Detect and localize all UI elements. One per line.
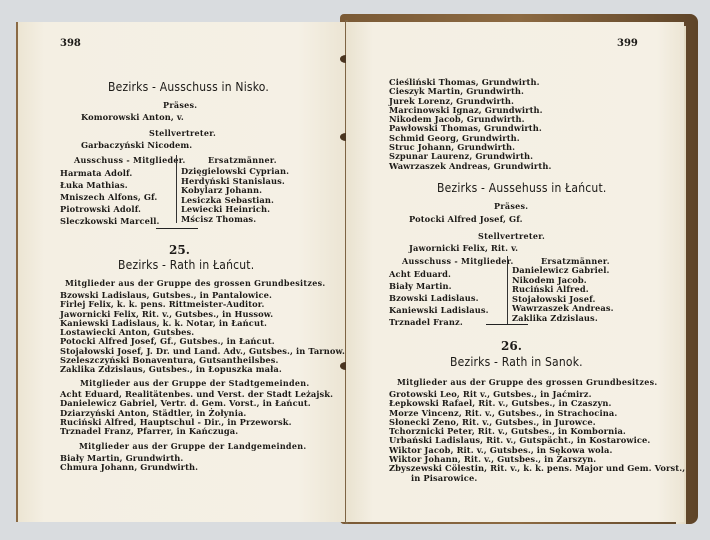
group-label: Mitglieder aus der Gruppe der Stadtgemei… xyxy=(80,378,309,388)
list-item: Wawrzaszek Andreas, Grundwirth. xyxy=(389,162,551,171)
deputy-label: Stellvertreter. xyxy=(478,231,545,241)
list-item: Mniszech Alfons, Gf. xyxy=(60,191,160,203)
towns-list: Acht Eduard, Realitätenbes. und Verst. d… xyxy=(60,390,333,436)
column-divider xyxy=(176,155,177,223)
list-item: Chmura Johann, Grundwirth. xyxy=(60,463,198,472)
sanok-landowners-list: Grotowski Leo, Rit v., Gutsbes., in Jaćm… xyxy=(389,390,685,483)
members-label: Ausschuss - Mitglieder. xyxy=(74,155,186,165)
lancut-council-title: Bezirks - Rath in Łańcut. xyxy=(118,258,254,272)
group-label: Mitglieder aus der Gruppe des grossen Gr… xyxy=(397,377,657,387)
deputy-name: Jawornicki Felix, Rit. v. xyxy=(409,242,518,254)
members-list: Harmata Adolf. Łuka Mathias. Mniszech Al… xyxy=(60,167,160,227)
list-item: Bzowski Ladislaus. xyxy=(389,292,489,304)
list-item: Mścisz Thomas. xyxy=(181,215,289,225)
nisko-committee-title: Bezirks - Ausschuss in Nisko. xyxy=(108,80,269,94)
list-item: Trznadel Franz. xyxy=(389,316,489,328)
deputy-name: Garbaczyński Nicodem. xyxy=(81,139,192,151)
president-name: Potocki Alfred Josef, Gf. xyxy=(409,213,523,225)
section-number: 26. xyxy=(501,339,522,353)
list-item: Biały Martin. xyxy=(389,280,489,292)
substitutes-list: Danielewicz Gabriel. Nikodem Jacob. Ruci… xyxy=(512,266,614,323)
section-divider xyxy=(486,324,528,325)
president-label: Präses. xyxy=(163,100,197,110)
column-divider xyxy=(507,256,508,324)
group-label: Mitglieder aus der Gruppe der Landgemein… xyxy=(79,441,306,451)
sanok-council-title: Bezirks - Rath in Sanok. xyxy=(450,355,583,369)
substitutes-list: Dzięgielowski Cyprian. Herdyński Stanisl… xyxy=(181,167,289,224)
president-name: Komorowski Anton, v. xyxy=(81,111,184,123)
list-item: Harmata Adolf. xyxy=(60,167,160,179)
list-item: Acht Eduard. xyxy=(389,268,489,280)
page-number-right: 399 xyxy=(617,38,638,49)
group-label: Mitglieder aus der Gruppe des grossen Gr… xyxy=(65,278,325,288)
members-label: Ausschuss - Mitglieder. xyxy=(402,256,514,266)
members-list: Acht Eduard. Biały Martin. Bzowski Ladis… xyxy=(389,268,489,328)
landowners-list: Bzowski Ladislaus, Gutsbes., in Pantalow… xyxy=(60,291,345,375)
president-label: Präses. xyxy=(494,201,528,211)
list-item: Zaklika Zdzislaus. xyxy=(512,314,614,324)
list-item: Łuka Mathias. xyxy=(60,179,160,191)
substitutes-label: Ersatzmänner. xyxy=(208,155,277,165)
list-item: Sleczkowski Marcell. xyxy=(60,215,160,227)
lancut-committee-title: Bezirks - Aussehuss in Łańcut. xyxy=(437,181,607,195)
list-item: Trznadel Franz, Pfarrer, in Kańczuga. xyxy=(60,427,333,436)
deputy-label: Stellvertreter. xyxy=(149,128,216,138)
list-item: Zaklika Zdzislaus, Gutsbes., in Łopuszka… xyxy=(60,365,345,374)
list-item: in Pisarowice. xyxy=(389,474,685,483)
continued-list: Cieśliński Thomas, Grundwirth. Cieszyk M… xyxy=(389,78,551,171)
villages-list: Biały Martin, Grundwirth. Chmura Johann,… xyxy=(60,454,198,473)
section-number: 25. xyxy=(169,243,190,257)
section-divider xyxy=(156,228,198,229)
page-number-left: 398 xyxy=(60,38,81,49)
list-item: Piotrowski Adolf. xyxy=(60,203,160,215)
list-item: Kaniewski Ladislaus. xyxy=(389,304,489,316)
